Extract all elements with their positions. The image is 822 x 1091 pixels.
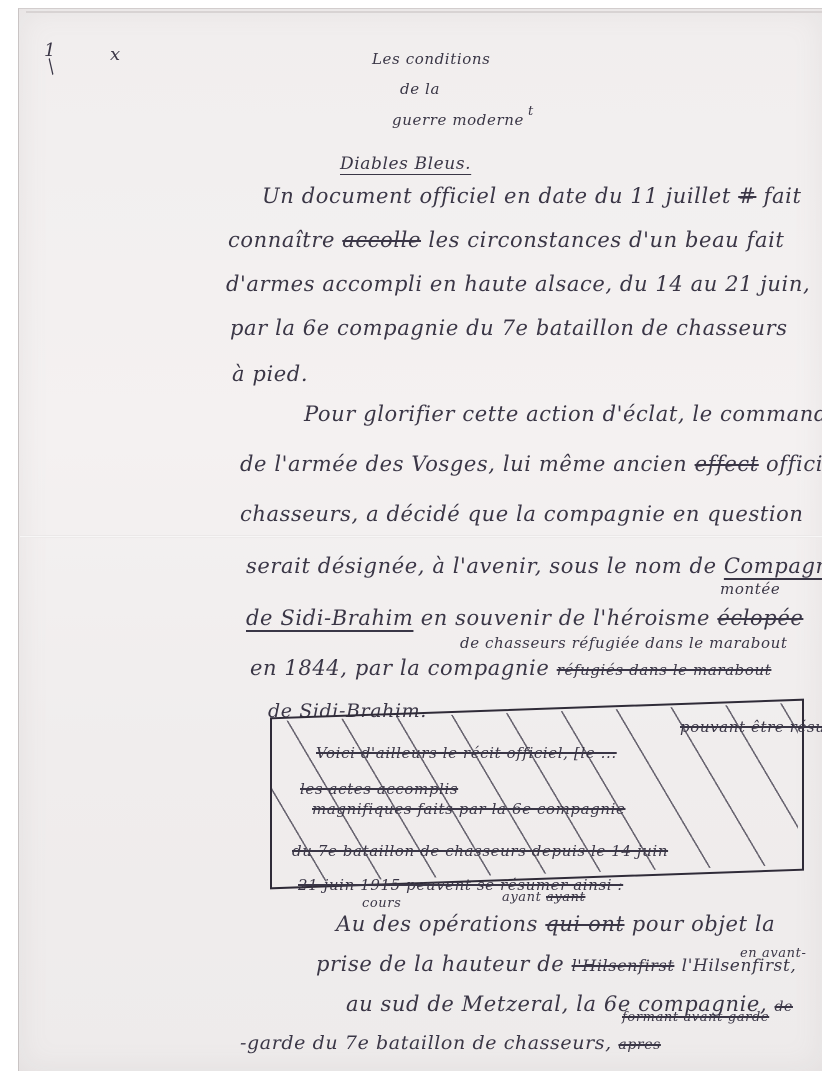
crossed-out-line-3: magnifiques faits par la 6e compagnie <box>312 800 625 818</box>
crossed-out-line-1: Voici d'ailleurs le récit officiel, [le … <box>316 744 617 762</box>
p1-line-4: par la 6e compagnie du 7e bataillon de c… <box>230 316 788 340</box>
crossed-out-margin-insert: pouvant être résumés <box>680 718 822 736</box>
p1-line-1: Un document officiel en date du 11 juill… <box>262 184 802 208</box>
title-line-2: de la <box>400 80 440 98</box>
p2-line-5-underlined: de Sidi-Brahim <box>246 606 413 630</box>
p1-line-2-tail: les circonstances d'un beau fait <box>428 228 784 252</box>
p3-line-2-text: prise de la hauteur de <box>316 952 564 976</box>
p1-line-3: d'armes accompli en haute alsace, du 14 … <box>226 272 810 296</box>
p3-line-4: -garde du 7e bataillon de chasseurs, apr… <box>240 1032 661 1054</box>
p3-line-3-struck: de <box>775 999 793 1015</box>
p2-line-1: Pour glorifier cette action d'éclat, le … <box>304 402 822 426</box>
p3-line-1-text: Au des opérations <box>336 912 538 936</box>
p3-line-3-insert: en avant- <box>740 946 806 961</box>
p2-line-2-text: de l'armée des Vosges, lui même ancien <box>240 452 687 476</box>
p2-line-4: serait désignée, à l'avenir, sous le nom… <box>246 554 822 578</box>
p2-line-3: chasseurs, a décidé que la compagnie en … <box>240 502 804 526</box>
p2-line-2-struck: effect <box>695 452 759 476</box>
p3-line-2: prise de la hauteur de l'Hilsenfirst l'H… <box>316 952 796 976</box>
p3-line-1-insert-ayant: ayant <box>502 890 541 905</box>
paper-fold-crease <box>20 535 822 538</box>
title-line-1: Les conditions <box>372 50 490 68</box>
p3-line-4-text: -garde du 7e bataillon de chasseurs, <box>240 1032 612 1054</box>
p1-line-2: connaître accolle les circonstances d'un… <box>228 228 784 252</box>
p2-line-6-struck: réfugiés dans le marabout <box>557 661 772 679</box>
p1-line-1-tail: fait <box>764 184 802 208</box>
title-line-3: guerre moderne <box>392 111 524 129</box>
crossed-out-line-4: du 7e bataillon de chasseurs depuis le 1… <box>292 842 668 860</box>
p3-line-1-struck: qui ont <box>545 912 624 936</box>
p1-line-2-text: connaître <box>228 228 335 252</box>
p2-line-6: en 1844, par la compagnie réfugiés dans … <box>250 656 771 680</box>
p3-line-1-insert-cours: cours <box>362 896 401 911</box>
p3-line-1-tail: pour objet la <box>632 912 776 936</box>
p2-line-6-text: en 1844, par la compagnie <box>250 656 549 680</box>
p2-line-4-text: serait désignée, à l'avenir, sous le nom… <box>246 554 717 578</box>
p2-line-2-tail: officier de <box>766 452 822 476</box>
p3-line-1-struck-above: ayant <box>546 890 585 905</box>
p2-line-5: de Sidi-Brahim en souvenir de l'héroisme… <box>246 606 803 630</box>
p3-line-4-struck: apres <box>618 1037 660 1053</box>
p2-line-5-text: en souvenir de l'héroisme <box>421 606 710 630</box>
p2-line-4-underlined: Compagnie <box>724 554 822 578</box>
p1-line-5: à pied. <box>232 362 308 386</box>
p2-line-6-insert: de chasseurs réfugiée dans le marabout <box>460 634 788 652</box>
p1-line-2-struck: accolle <box>342 228 421 252</box>
margin-mark: x <box>110 44 121 65</box>
p1-line-1-struck: # <box>738 184 756 208</box>
crossed-out-line-2: les actes accomplis <box>300 780 458 798</box>
section-heading: Diables Bleus. <box>340 154 471 174</box>
p2-line-5-struck: éclopée <box>717 606 803 630</box>
p3-line-4-struck-above: formant avant-garde <box>622 1010 769 1025</box>
p3-line-2-struck: l'Hilsenfirst <box>572 956 675 975</box>
p2-line-2: de l'armée des Vosges, lui même ancien e… <box>240 452 822 476</box>
title-superscript: t <box>528 104 534 119</box>
p1-line-1-text: Un document officiel en date du 11 juill… <box>262 184 731 208</box>
p3-line-1: Au des opérations qui ont pour objet la <box>336 912 775 936</box>
p2-line-5-insert: montée <box>720 580 780 598</box>
paper-top-edge <box>26 11 822 13</box>
